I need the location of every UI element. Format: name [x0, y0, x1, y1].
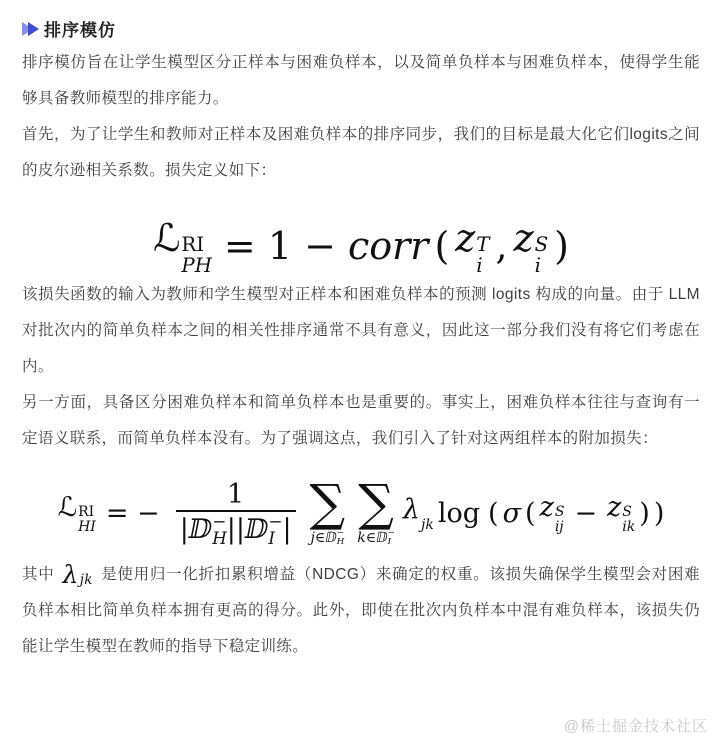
math-close-paren: ) — [639, 498, 650, 529]
math-close-paren-big: ) — [654, 498, 665, 529]
formula-pearson-loss: ℒRIPH = 1 − corr ( zTi , zSi ) — [22, 215, 700, 277]
paragraph-pearson-goal: 首先，为了让学生和教师对正样本及困难负样本的排序同步，我们的目标是最大化它们lo… — [22, 117, 700, 189]
math-script-L: ℒRIHI — [58, 492, 96, 534]
paragraph-ndcg-weight: 其中λ jk是使用归一化折扣累积增益（NDCG）来确定的权重。该损失确保学生模型… — [22, 557, 700, 665]
math-script-L: ℒRIPH — [153, 216, 212, 277]
math-minus: − — [574, 498, 597, 529]
math-z-ij: zSij — [540, 492, 565, 534]
math-z-teacher: zTi — [455, 216, 489, 277]
math-equals: = 1 − — [224, 224, 336, 268]
math-open-paren-big: ( — [488, 498, 499, 529]
paragraph-ndcg-prefix: 其中 — [22, 566, 54, 583]
paragraph-hard-easy-motivation: 另一方面，具备区分困难负样本和简单负样本也是重要的。事实上，困难负样本往往与查询… — [22, 385, 700, 457]
watermark: @稀土掘金技术社区 — [564, 715, 708, 736]
math-sum-hard: ∑ j∈ⅅ−H — [310, 480, 346, 547]
formula-hard-easy-loss: ℒRIHI = − 1 |ⅅ−H||ⅅ−I| ∑ j∈ⅅ−H ∑ k∈ⅅ−I λ… — [22, 469, 700, 557]
math-sigma-fn: σ — [503, 498, 521, 529]
article-page: 排序模仿 排序模仿旨在让学生模型区分正样本与困难负样本，以及简单负样本与困难负样… — [0, 0, 722, 665]
section-heading: 排序模仿 — [22, 16, 700, 41]
paragraph-ndcg-suffix: 是使用归一化折扣累积增益（NDCG）来确定的权重。该损失确保学生模型会对困难负样… — [22, 566, 700, 655]
math-z-ik: zSik — [607, 492, 635, 534]
paragraph-rank-imitation-intro: 排序模仿旨在让学生模型区分正样本与困难负样本，以及简单负样本与困难负样本，使得学… — [22, 45, 700, 117]
math-comma: , — [495, 224, 507, 268]
section-title: 排序模仿 — [44, 16, 116, 41]
paragraph-loss-input-note: 该损失函数的输入为教师和学生模型对正样本和困难负样本的预测 logits 构成的… — [22, 277, 700, 385]
inline-lambda-jk: λ jk — [62, 557, 92, 593]
math-corr-fn: corr — [348, 224, 429, 268]
math-z-student: zSi — [514, 216, 549, 277]
math-lambda-weight: λ jk — [403, 494, 434, 533]
math-sum-easy: ∑ k∈ⅅ−I — [357, 480, 395, 547]
math-close-paren: ) — [554, 224, 569, 268]
double-triangle-icon — [22, 22, 39, 36]
math-equals-minus: = − — [106, 498, 160, 529]
math-log-fn: log — [438, 498, 480, 529]
math-open-paren: ( — [434, 224, 449, 268]
math-open-paren: ( — [525, 498, 536, 529]
triangle-icon-dark — [28, 22, 39, 36]
math-fraction: 1 |ⅅ−H||ⅅ−I| — [176, 479, 296, 547]
